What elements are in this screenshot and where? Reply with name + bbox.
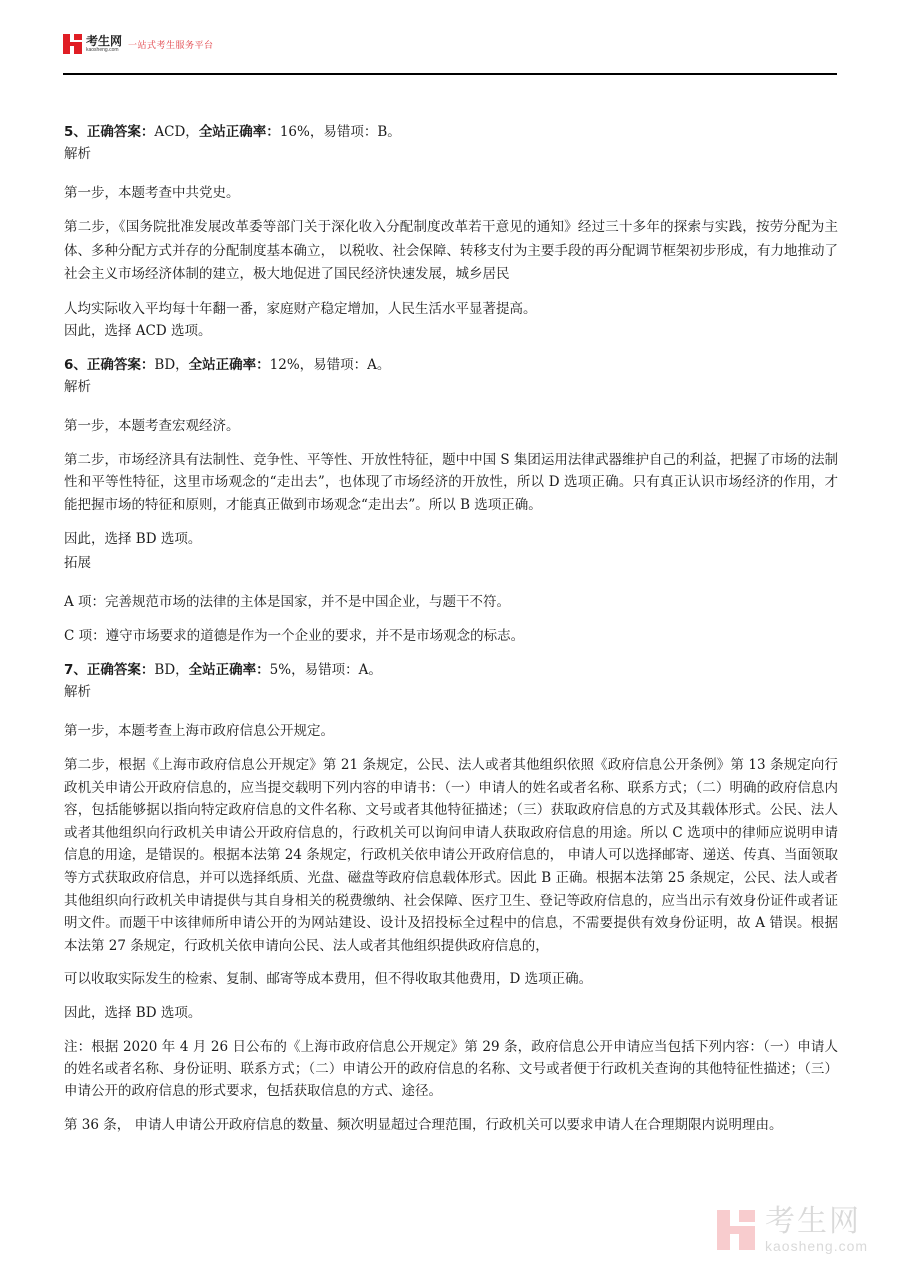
analysis-conclusion: 因此，选择 ACD 选项。 xyxy=(64,320,838,342)
question-5: 5、正确答案：ACD，全站正确率：16%，易错项：B。 解析 第一步，本题考查中… xyxy=(64,121,838,342)
analysis-step-1: 第一步，本题考查上海市政府信息公开规定。 xyxy=(64,720,838,742)
header-divider xyxy=(63,73,837,75)
analysis-label: 解析 xyxy=(64,681,838,703)
watermark: 考生网 kaosheng.com xyxy=(717,1207,868,1253)
logo-domain: kaosheng.com xyxy=(86,48,122,53)
header-tagline: 一站式考生服务平台 xyxy=(128,38,214,51)
logo-text: 考生网 kaosheng.com xyxy=(86,35,122,53)
question-header: 6、正确答案：BD，全站正确率：12%，易错项：A。 xyxy=(64,354,838,376)
extension-option-a: A 项：完善规范市场的法律的主体是国家，并不是中国企业，与题干不符。 xyxy=(64,591,838,613)
extension-option-c: C 项：遵守市场要求的道德是作为一个企业的要求，并不是市场观念的标志。 xyxy=(64,625,838,647)
question-7: 7、正确答案：BD，全站正确率：5%，易错项：A。 解析 第一步，本题考查上海市… xyxy=(64,659,838,1136)
question-header: 7、正确答案：BD，全站正确率：5%，易错项：A。 xyxy=(64,659,838,681)
page-header: 考生网 kaosheng.com 一站式考生服务平台 xyxy=(63,32,214,56)
note-paragraph: 注：根据 2020 年 4 月 26 日公布的《上海市政府信息公开规定》第 29… xyxy=(64,1036,838,1102)
analysis-step-2: 第二步，《国务院批准发展改革委等部门关于深化收入分配制度改革若干意见的通知》经过… xyxy=(64,216,838,287)
analysis-step-2-cont: 人均实际收入平均每十年翻一番，家庭财产稳定增加，人民生活水平显著提高。 xyxy=(64,298,838,320)
analysis-label: 解析 xyxy=(64,376,838,398)
analysis-conclusion: 因此，选择 BD 选项。 xyxy=(64,528,838,550)
extension-label: 拓展 xyxy=(64,552,838,574)
analysis-step-2: 第二步，根据《上海市政府信息公开规定》第 21 条规定，公民、法人或者其他组织依… xyxy=(64,754,838,957)
logo-name: 考生网 xyxy=(86,35,122,47)
watermark-name: 考生网 xyxy=(765,1207,868,1237)
analysis-step-1: 第一步，本题考查中共党史。 xyxy=(64,182,838,204)
analysis-step-2-cont: 可以收取实际发生的检索、复制、邮寄等成本费用，但不得收取其他费用，D 选项正确。 xyxy=(64,968,838,990)
answer-content: 5、正确答案：ACD，全站正确率：16%，易错项：B。 解析 第一步，本题考查中… xyxy=(64,121,838,1136)
watermark-domain: kaosheng.com xyxy=(765,1239,868,1253)
analysis-step-2: 第二步，市场经济具有法制性、竞争性、平等性、开放性特征，题中中国 S 集团运用法… xyxy=(64,449,838,517)
analysis-step-1: 第一步，本题考查宏观经济。 xyxy=(64,415,838,437)
kaosheng-logo-icon xyxy=(63,34,83,54)
analysis-conclusion: 因此，选择 BD 选项。 xyxy=(64,1002,838,1024)
note-article-36: 第 36 条， 申请人申请公开政府信息的数量、频次明显超过合理范围，行政机关可以… xyxy=(64,1114,838,1136)
question-header: 5、正确答案：ACD，全站正确率：16%，易错项：B。 xyxy=(64,121,838,143)
analysis-label: 解析 xyxy=(64,143,838,165)
watermark-logo-icon xyxy=(717,1210,755,1250)
question-6: 6、正确答案：BD，全站正确率：12%，易错项：A。 解析 第一步，本题考查宏观… xyxy=(64,354,838,648)
